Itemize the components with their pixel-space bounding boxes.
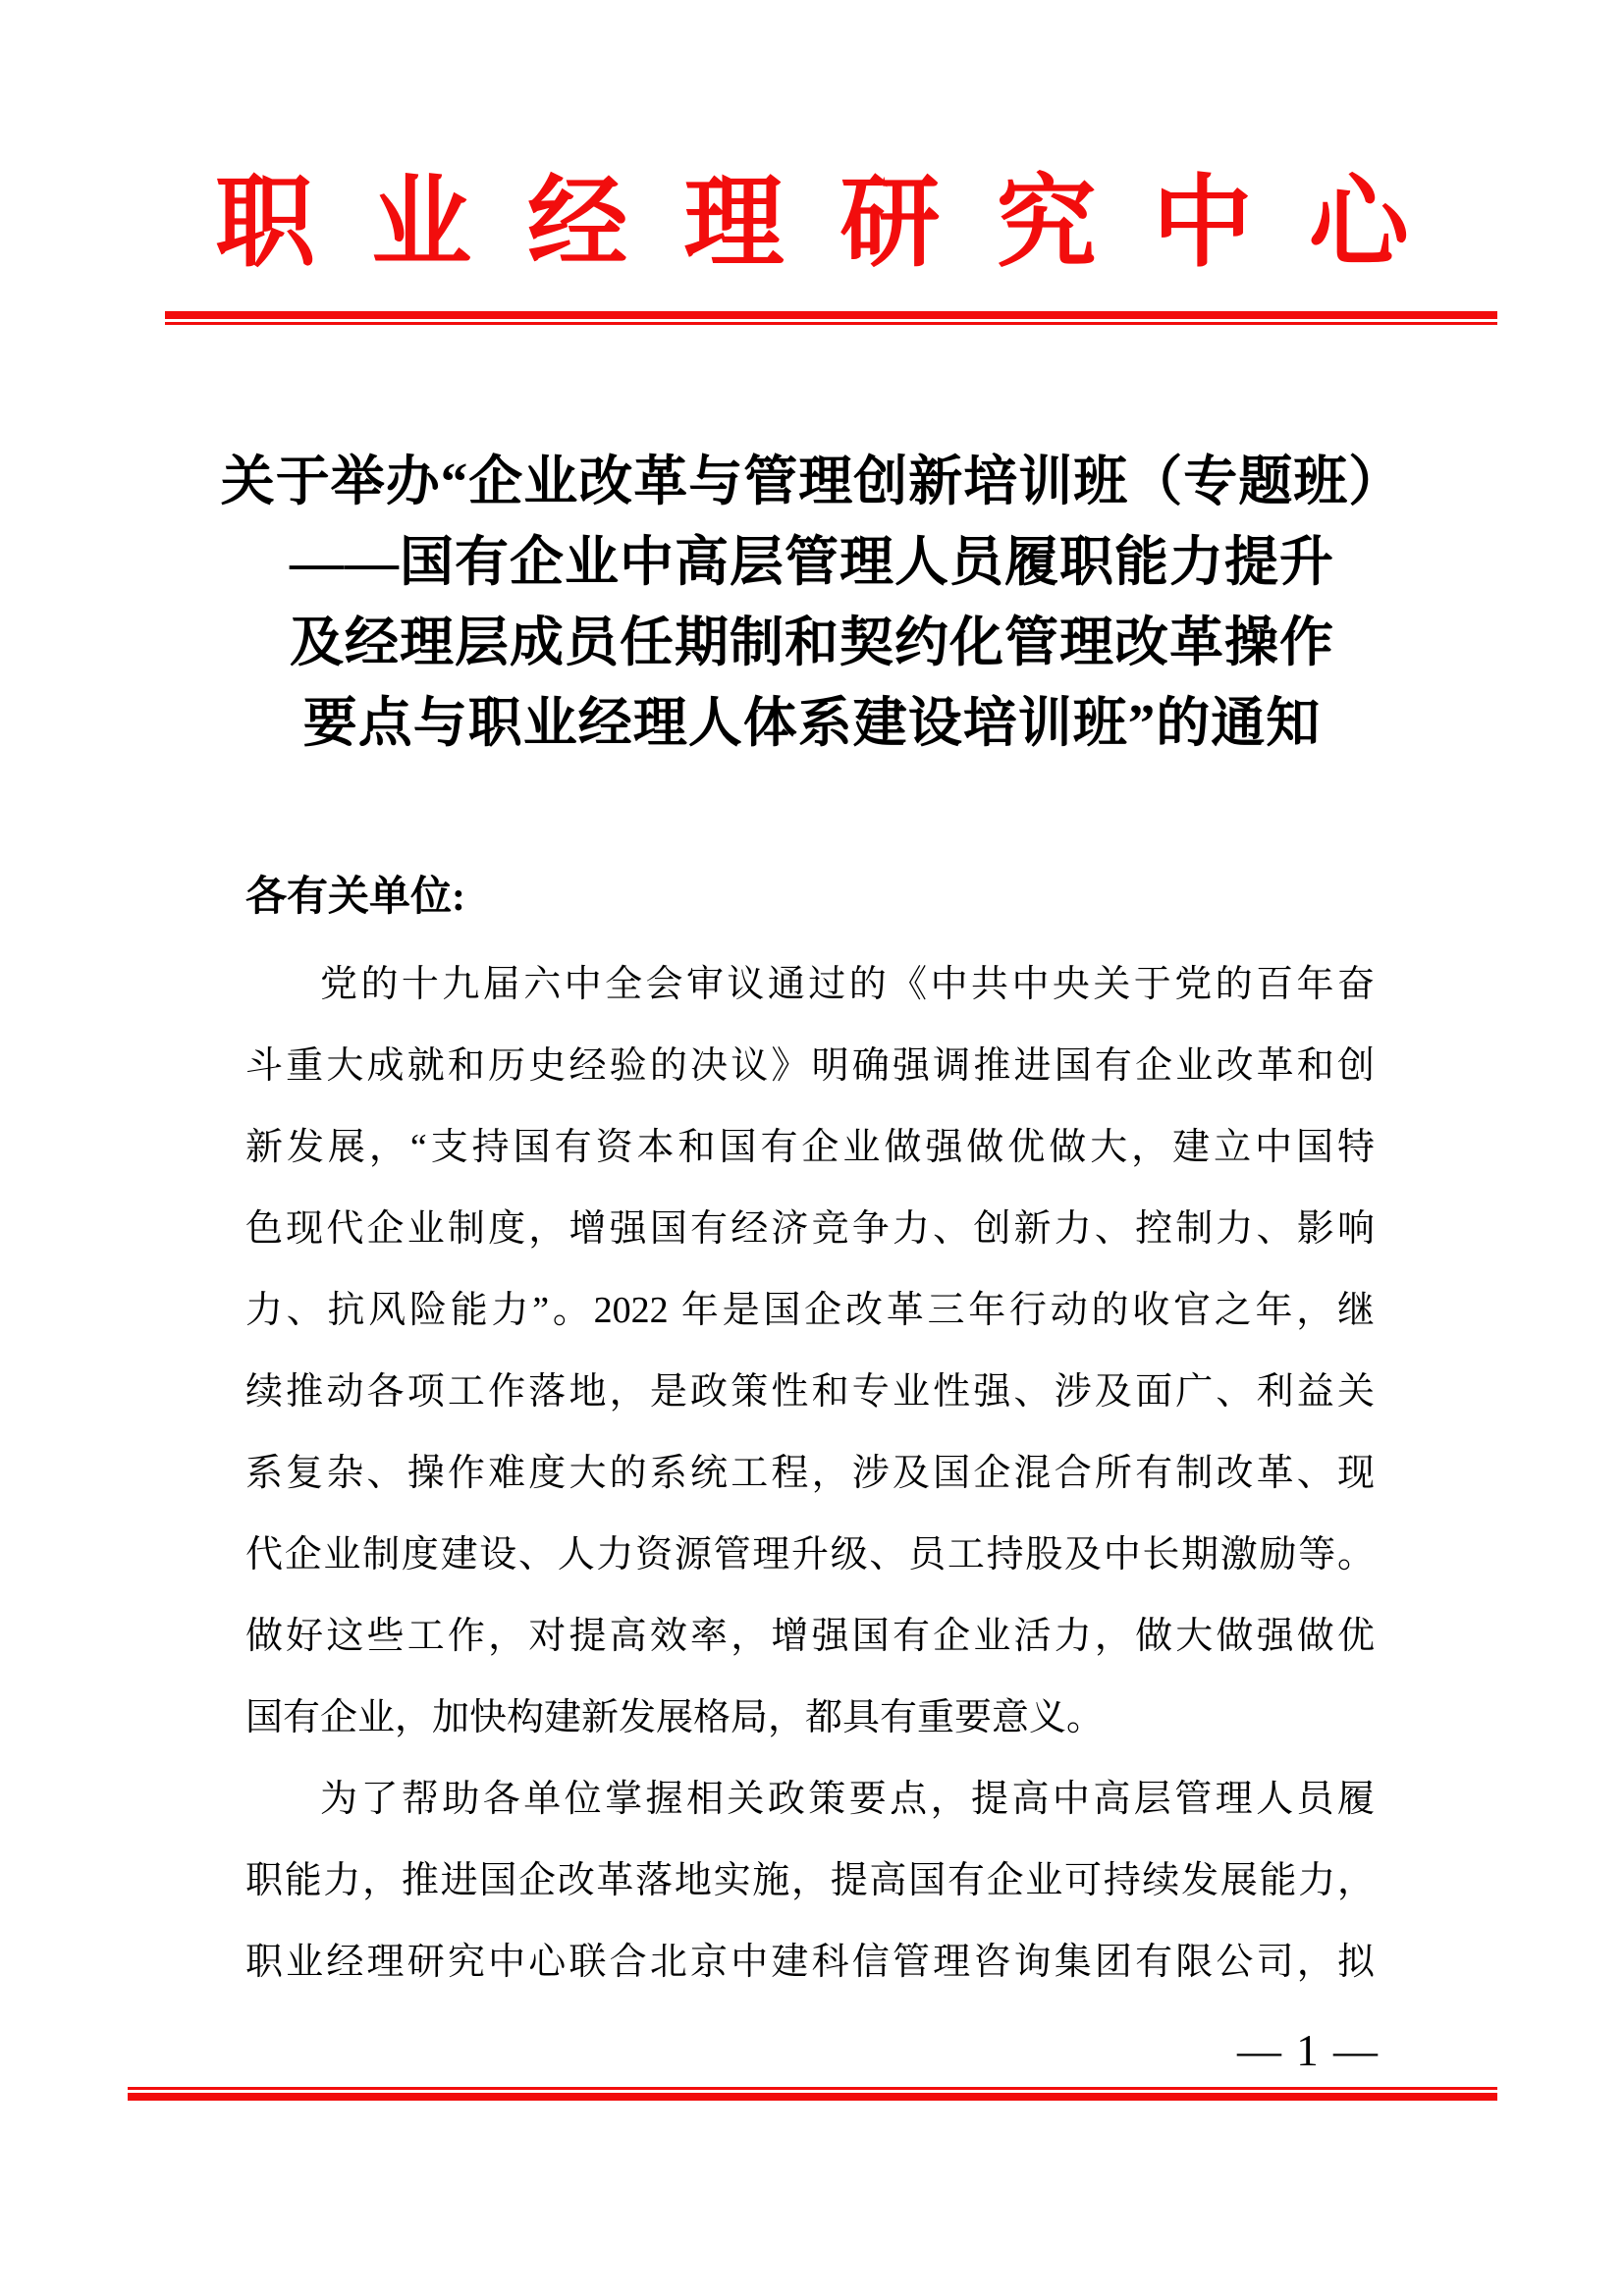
page-number: — 1 —: [1237, 2024, 1380, 2077]
letterhead-org-name: 职业经理研究中心: [0, 165, 1624, 285]
body-line: 做好这些工作，对提高效率，增强国有企业活力，做大做强做优: [245, 1596, 1375, 1678]
body-line: 斗重大成就和历史经验的决议》明确强调推进国有企业改革和创: [245, 1026, 1375, 1107]
body-line: 职业经理研究中心联合北京中建科信管理咨询集团有限公司，拟: [245, 1922, 1375, 2003]
title-line: 要点与职业经理人体系建设培训班”的通知: [0, 683, 1624, 764]
rule-thin-bar: [165, 322, 1497, 325]
body-line: 力、抗风险能力”。2022 年是国企改革三年行动的收官之年，继: [245, 1270, 1375, 1352]
body-line: 续推动各项工作落地，是政策性和专业性强、涉及面广、利益关: [245, 1352, 1375, 1433]
body-line: 职能力，推进国企改革落地实施，提高国有企业可持续发展能力，: [245, 1841, 1375, 1922]
body-line: 为了帮助各单位掌握相关政策要点，提高中高层管理人员履: [245, 1759, 1375, 1841]
body-line: 党的十九届六中全会审议通过的《中共中央关于党的百年奋: [245, 944, 1375, 1026]
document-title: 关于举办“企业改革与管理创新培训班（专题班） ——国有企业中高层管理人员履职能力…: [0, 442, 1624, 764]
title-line: 关于举办“企业改革与管理创新培训班（专题班）: [0, 442, 1624, 522]
body-text: 党的十九届六中全会审议通过的《中共中央关于党的百年奋 斗重大成就和历史经验的决议…: [245, 944, 1375, 2003]
body-line: 系复杂、操作难度大的系统工程，涉及国企混合所有制改革、现: [245, 1433, 1375, 1515]
body-line: 新发展，“支持国有资本和国有企业做强做优做大，建立中国特: [245, 1107, 1375, 1189]
title-line: ——国有企业中高层管理人员履职能力提升: [0, 522, 1624, 603]
footer-divider-rule: [128, 2087, 1497, 2101]
document-page: 职业经理研究中心 关于举办“企业改革与管理创新培训班（专题班） ——国有企业中高…: [0, 0, 1624, 2296]
letterhead-divider-rule: [165, 311, 1497, 325]
salutation: 各有关单位:: [245, 873, 465, 922]
rule-thick-bar: [128, 2093, 1497, 2101]
body-line: 代企业制度建设、人力资源管理升级、员工持股及中长期激励等。: [245, 1515, 1375, 1596]
body-line: 国有企业，加快构建新发展格局，都具有重要意义。: [245, 1678, 1375, 1759]
title-line: 及经理层成员任期制和契约化管理改革操作: [0, 603, 1624, 683]
rule-thick-bar: [165, 311, 1497, 319]
body-line: 色现代企业制度，增强国有经济竞争力、创新力、控制力、影响: [245, 1189, 1375, 1270]
